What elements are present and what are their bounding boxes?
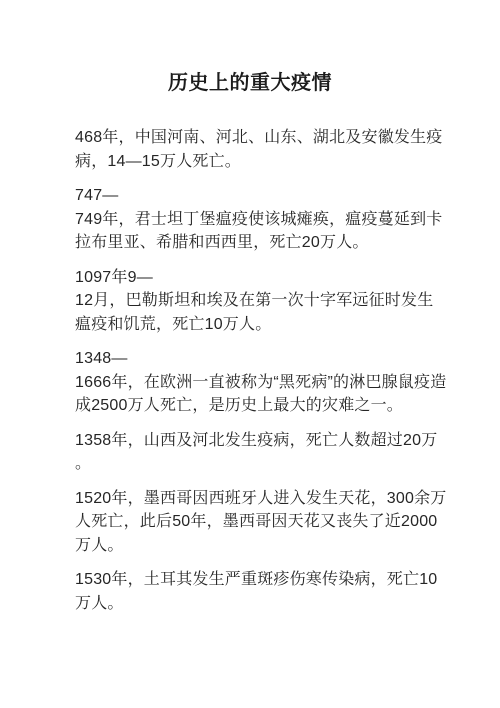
epidemic-paragraph-468: 468年，中国河南、河北、山东、湖北及安徽发生疫 病，14—15万人死亡。 — [75, 126, 455, 173]
epidemic-paragraph-1530: 1530年，土耳其发生严重斑疹伤寒传染病，死亡10 万人。 — [75, 568, 455, 615]
epidemic-paragraph-1348-1666: 1348— 1666年，在欧洲一直被称为“黑死病”的淋巴腺鼠疫造 成2500万人… — [75, 347, 455, 418]
epidemic-paragraph-747-749: 747— 749年，君士坦丁堡瘟疫使该城瘫痪，瘟疫蔓延到卡 拉布里亚、希腊和西西… — [75, 184, 455, 255]
epidemic-paragraph-1097: 1097年9— 12月，巴勒斯坦和埃及在第一次十字军远征时发生 瘟疫和饥荒，死亡… — [75, 266, 455, 337]
epidemic-paragraph-1520: 1520年，墨西哥因西班牙人进入发生天花，300余万 人死亡，此后50年，墨西哥… — [75, 487, 455, 558]
document-page: 历史上的重大疫情 468年，中国河南、河北、山东、湖北及安徽发生疫 病，14—1… — [0, 0, 500, 708]
document-body: 468年，中国河南、河北、山东、湖北及安徽发生疫 病，14—15万人死亡。 74… — [75, 126, 455, 626]
epidemic-paragraph-1358: 1358年，山西及河北发生疫病，死亡人数超过20万 。 — [75, 429, 455, 476]
document-title: 历史上的重大疫情 — [0, 69, 500, 97]
